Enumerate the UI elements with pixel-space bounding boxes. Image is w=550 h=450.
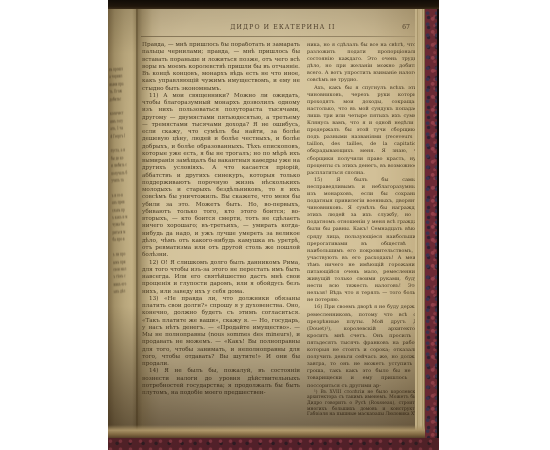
left-text-column: Правда, — мнѣ пришлось бы поработать и з… (142, 42, 300, 415)
left-page-blurred-text: въ прошла чернилными прать. Егождобитьск… (109, 65, 138, 296)
page-header: ДИДРО И ЕКАТЕРИНА II 67 (146, 24, 420, 34)
page-number: 67 (402, 24, 410, 31)
page-bottom-curve (108, 425, 437, 438)
background-top-band (108, 0, 439, 9)
text-columns: Правда, — мнѣ пришлось бы поработать и з… (142, 42, 423, 415)
right-column-paragraphs: ника, но я сдѣлалъ бы все на свѣтѣ, чтоб… (307, 42, 423, 390)
right-text-column: ника, но я сдѣлалъ бы все на свѣтѣ, чтоб… (307, 42, 423, 415)
book-page: ДИДРО И ЕКАТЕРИНА II 67 Правда, — мнѣ пр… (138, 9, 426, 441)
paragraph: 13) «Не правда ли, что должники обязаны … (142, 296, 300, 369)
paragraph: Правда, — мнѣ пришлось бы поработать и з… (142, 42, 300, 93)
screenshot-canvas: въ прошла чернилными прать. Егождобитьск… (0, 0, 550, 450)
paragraph: Ахъ, какъ бы я спугнулъ всѣхъ этихъ чино… (307, 85, 423, 177)
blurred-text-line: ыхъ дѣл (114, 287, 138, 296)
page-block-fore-edge (415, 9, 425, 438)
running-title: ДИДРО И ЕКАТЕРИНА II (146, 24, 420, 31)
header-rule (141, 36, 423, 37)
footnote: ¹) Въ XVIII столѣтіи не было королевскаг… (307, 390, 423, 415)
paragraph: 12) О! Я слишкомъ долго былъ данникомъ Р… (142, 260, 300, 296)
book-photo: въ прошла чернилными прать. Егождобитьск… (108, 0, 439, 450)
paragraph: 15) Я былъ бы самымъ несправедливымъ и н… (307, 177, 423, 305)
facing-page-edge: въ прошла чернилными прать. Егождобитьск… (108, 9, 138, 450)
marbled-cover-edge (425, 0, 437, 450)
paragraph: 16) При своемъ дворѣ я не буду держать р… (307, 304, 423, 389)
cover-bottom-band (108, 438, 439, 450)
paragraph: ника, но я сдѣлалъ бы все на свѣтѣ, чтоб… (307, 42, 423, 85)
paragraph: 14) Я не былъ бы, пожалуй, въ состояніи … (142, 368, 300, 397)
paragraph: 11) А мои священники? Можно ли ожидать, … (142, 93, 300, 260)
cover-black-edge (437, 0, 440, 450)
